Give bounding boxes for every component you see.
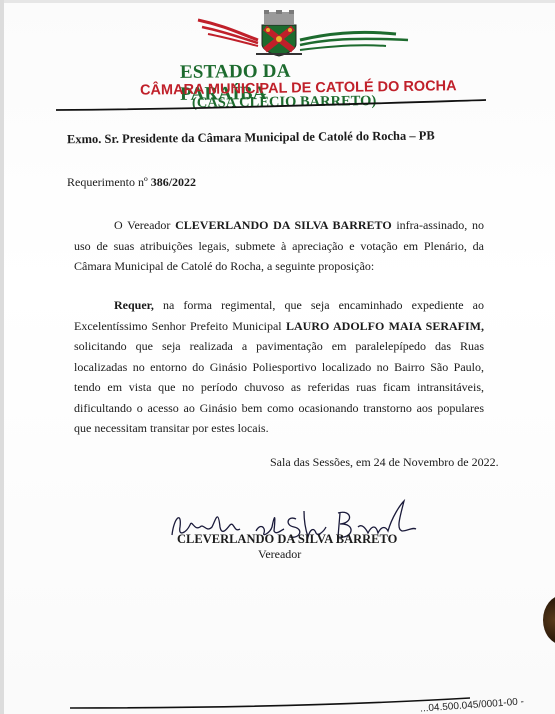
footer-divider [70, 696, 470, 710]
councilor-name: CLEVERLANDO DA SILVA BARRETO [175, 218, 392, 232]
document-page: ESTADO DA PARAÍBA CÂMARA MUNICIPAL DE CA… [0, 0, 555, 714]
signer-name: CLEVERLANDO DA SILVA BARRETO [177, 532, 397, 547]
request-paragraph: Requer, na forma regimental, que seja en… [74, 295, 484, 439]
intro-paragraph: O Vereador CLEVERLANDO DA SILVA BARRETO … [74, 215, 484, 277]
page-left-edge [0, 0, 4, 714]
mayor-name: LAURO ADOLFO MAIA SERAFIM, [286, 319, 484, 333]
request-text-2: solicitando que seja realizada a pavimen… [74, 339, 484, 435]
request-lead: Requer, [114, 298, 154, 312]
thumb-in-photo [543, 595, 555, 645]
intro-prefix: O Vereador [114, 218, 175, 232]
request-number: 386/2022 [151, 175, 196, 189]
session-date-line: Sala das Sessões, em 24 de Novembro de 2… [270, 455, 499, 470]
request-number-line: Requerimento nº 386/2022 [67, 175, 196, 190]
coat-of-arms-icon [196, 10, 412, 58]
page-top-edge [0, 0, 555, 3]
request-number-label: Requerimento nº [67, 175, 151, 189]
signer-role: Vereador [258, 547, 301, 562]
header-divider [56, 98, 486, 112]
addressee-line: Exmo. Sr. Presidente da Câmara Municipal… [67, 128, 507, 148]
